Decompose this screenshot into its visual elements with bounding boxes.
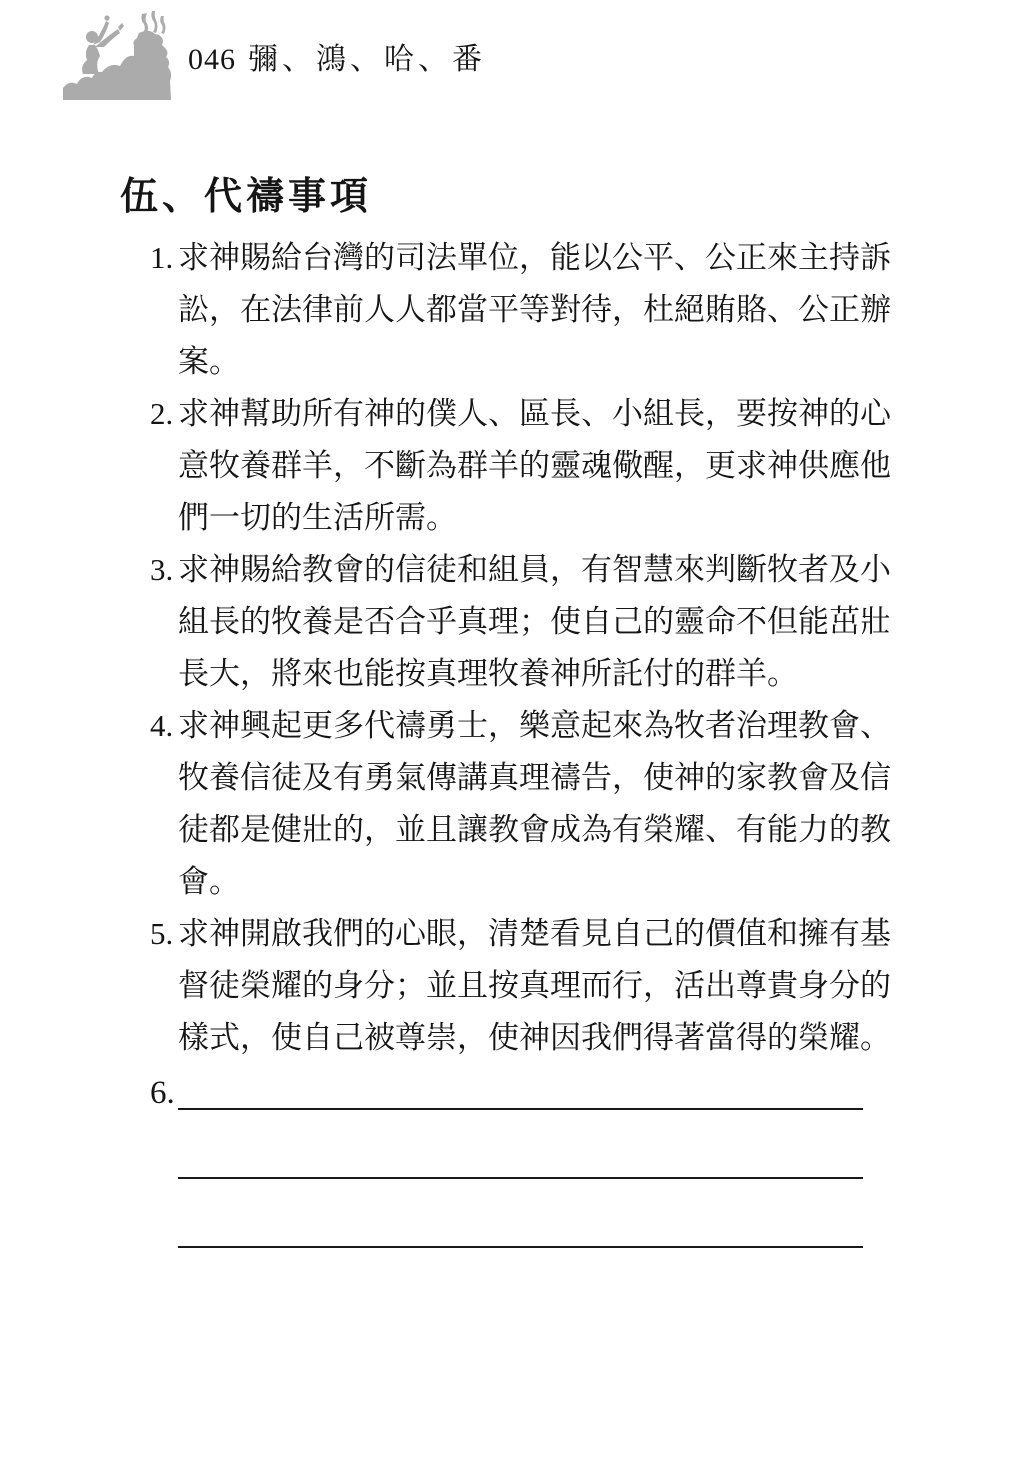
book-abbreviations: 彌、鴻、哈、番 [248,43,486,76]
prayer-text-line: 求神興起更多代禱勇士，樂意起來為牧者治理教會、 [178,700,870,752]
fill-in-section: 6. [0,1064,1024,1248]
item-number: 6. [150,1077,175,1110]
prayer-text-line: 督徒榮耀的身分；並且按真理而行，活出尊貴身分的 [178,960,870,1012]
praying-figure-altar-icon [62,8,172,100]
item-number: 2. [150,388,173,440]
item-number: 3. [150,544,173,596]
blank-write-line [178,1179,863,1248]
prayer-item: 4.求神興起更多代禱勇士，樂意起來為牧者治理教會、牧養信徒及有勇氣傳講真理禱告，… [0,700,1024,908]
item-number: 4. [150,700,173,752]
prayer-list: 1.求神賜給台灣的司法單位，能以公平、公正來主持訴訟，在法律前人人都當平等對待，… [0,232,1024,1064]
prayer-text-line: 訟，在法律前人人都當平等對待，杜絕賄賂、公正辦 [178,284,870,336]
fill-in-row: 6. [150,1064,863,1110]
prayer-text-line: 會。 [178,856,870,908]
page-number: 046 [188,43,236,76]
prayer-text-line: 意牧養群羊，不斷為群羊的靈魂儆醒，更求神供應他 [178,440,870,492]
prayer-item: 1.求神賜給台灣的司法單位，能以公平、公正來主持訴訟，在法律前人人都當平等對待，… [0,232,1024,388]
prayer-text-line: 求神開啟我們的心眼，清楚看見自己的價值和擁有基 [178,908,870,960]
prayer-text-line: 們一切的生活所需。 [178,492,870,544]
item-number: 1. [150,232,173,284]
prayer-text-line: 樣式，使自己被尊崇，使神因我們得著當得的榮耀。 [178,1012,870,1064]
blank-write-line [178,1062,863,1110]
prayer-text-line: 組長的牧養是否合乎真理；使自己的靈命不但能茁壯 [178,596,870,648]
blank-write-line [178,1110,863,1179]
prayer-text-line: 徒都是健壯的，並且讓教會成為有榮耀、有能力的教 [178,804,870,856]
prayer-item: 5.求神開啟我們的心眼，清楚看見自己的價值和擁有基督徒榮耀的身分；並且按真理而行… [0,908,1024,1064]
running-header: 046彌、鴻、哈、番 [188,40,486,80]
prayer-text-line: 長大，將來也能按真理牧養神所託付的群羊。 [178,648,870,700]
prayer-text-line: 牧養信徒及有勇氣傳講真理禱告，使神的家教會及信 [178,752,870,804]
prayer-item: 2.求神幫助所有神的僕人、區長、小組長，要按神的心意牧養群羊，不斷為群羊的靈魂儆… [0,388,1024,544]
prayer-text-line: 求神賜給教會的信徒和組員，有智慧來判斷牧者及小 [178,544,870,596]
prayer-text-line: 案。 [178,336,870,388]
document-page: 046彌、鴻、哈、番 伍、代禱事項 1.求神賜給台灣的司法單位，能以公平、公正來… [0,0,1024,1459]
prayer-text-line: 求神幫助所有神的僕人、區長、小組長，要按神的心 [178,388,870,440]
item-number: 5. [150,908,173,960]
section-title: 伍、代禱事項 [120,174,372,220]
prayer-text-line: 求神賜給台灣的司法單位，能以公平、公正來主持訴 [178,232,870,284]
prayer-item: 3.求神賜給教會的信徒和組員，有智慧來判斷牧者及小組長的牧養是否合乎真理；使自己… [0,544,1024,700]
